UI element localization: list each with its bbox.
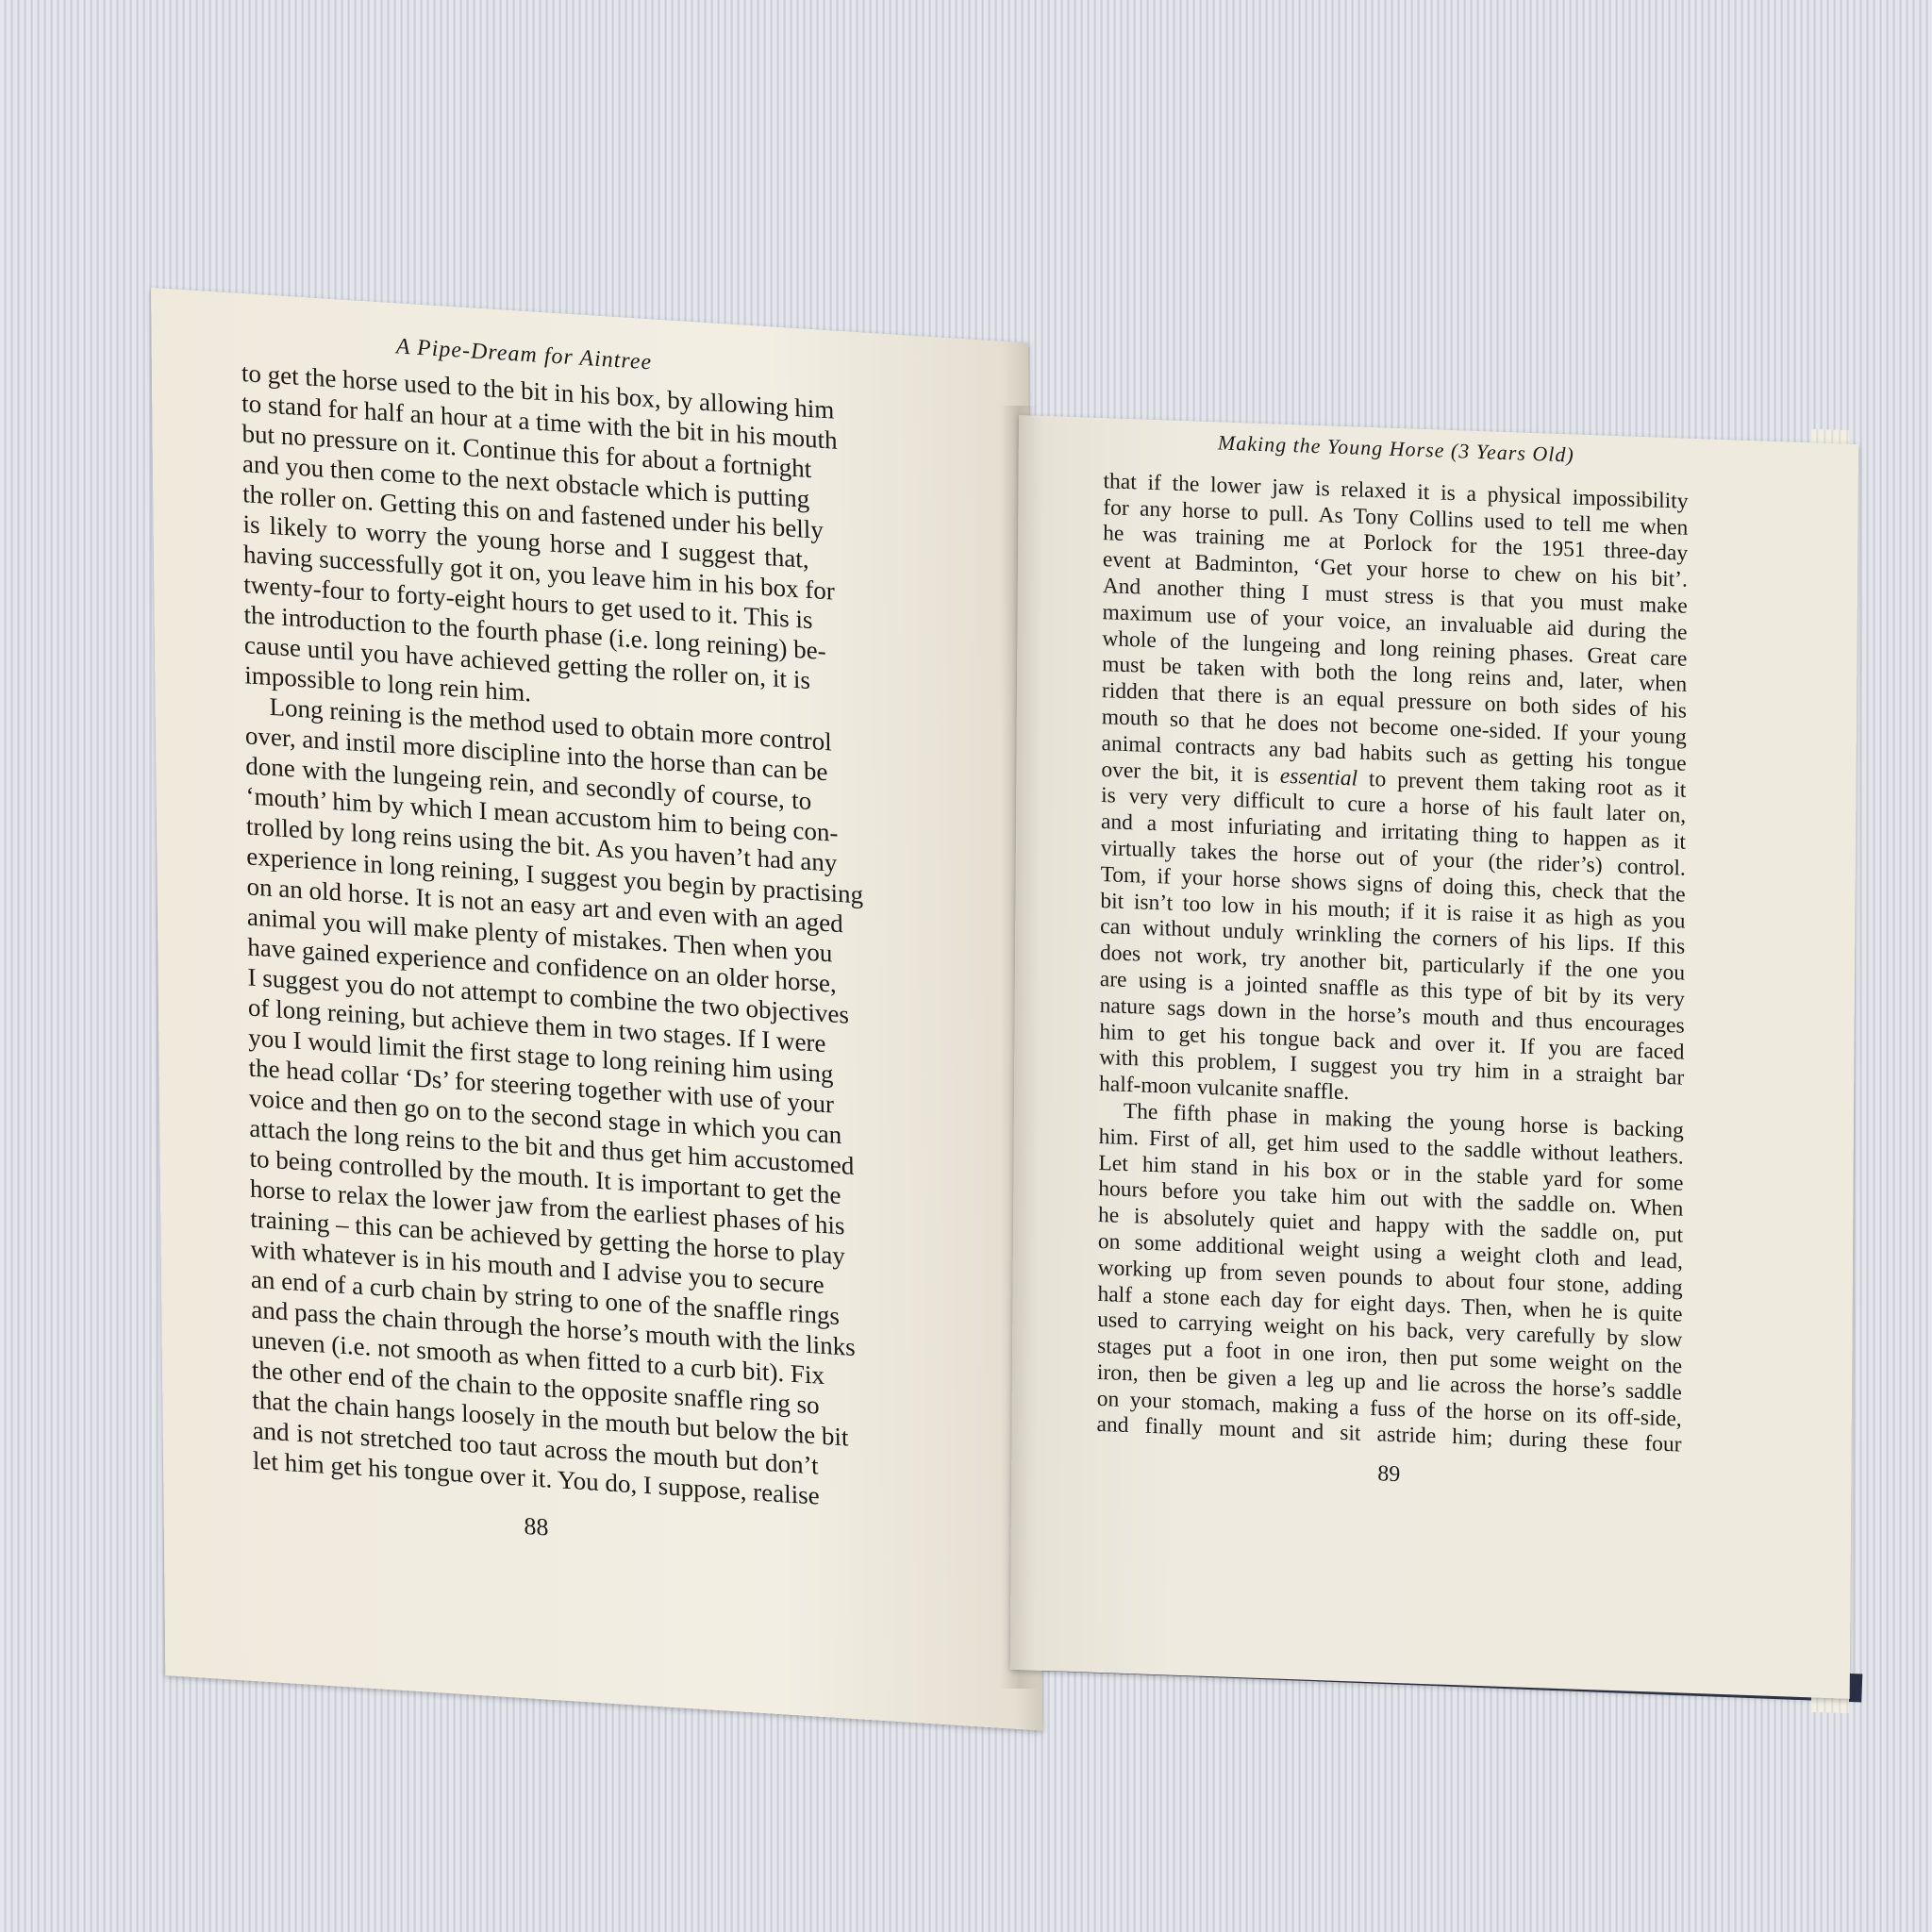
page-number-right: 89 — [1096, 1452, 1681, 1498]
paragraph: that if the lower jaw is relaxed it is a… — [1099, 469, 1689, 1119]
left-page: A Pipe-Dream for Aintree to get the hors… — [151, 288, 1042, 1731]
left-page-text: A Pipe-Dream for Aintree to get the hors… — [241, 322, 819, 1560]
paragraph: The fifth phase in making the young hors… — [1096, 1098, 1684, 1459]
right-page-text: Making the Young Horse (3 Years Old) tha… — [1096, 425, 1689, 1498]
running-head-right: Making the Young Horse (3 Years Old) — [1104, 425, 1689, 472]
right-page-body: that if the lower jaw is relaxed it is a… — [1096, 469, 1688, 1459]
emphasis-text: essential — [1280, 763, 1357, 791]
right-page: Making the Young Horse (3 Years Old) tha… — [1010, 415, 1858, 1699]
open-book: A Pipe-Dream for Aintree to get the hors… — [0, 0, 1932, 1932]
left-page-body: to get the horse used to the bit in his … — [241, 358, 819, 1511]
paragraph: Long reining is the method used to obtai… — [244, 690, 819, 1510]
paragraph: to get the horse used to the bit in his … — [241, 358, 811, 725]
